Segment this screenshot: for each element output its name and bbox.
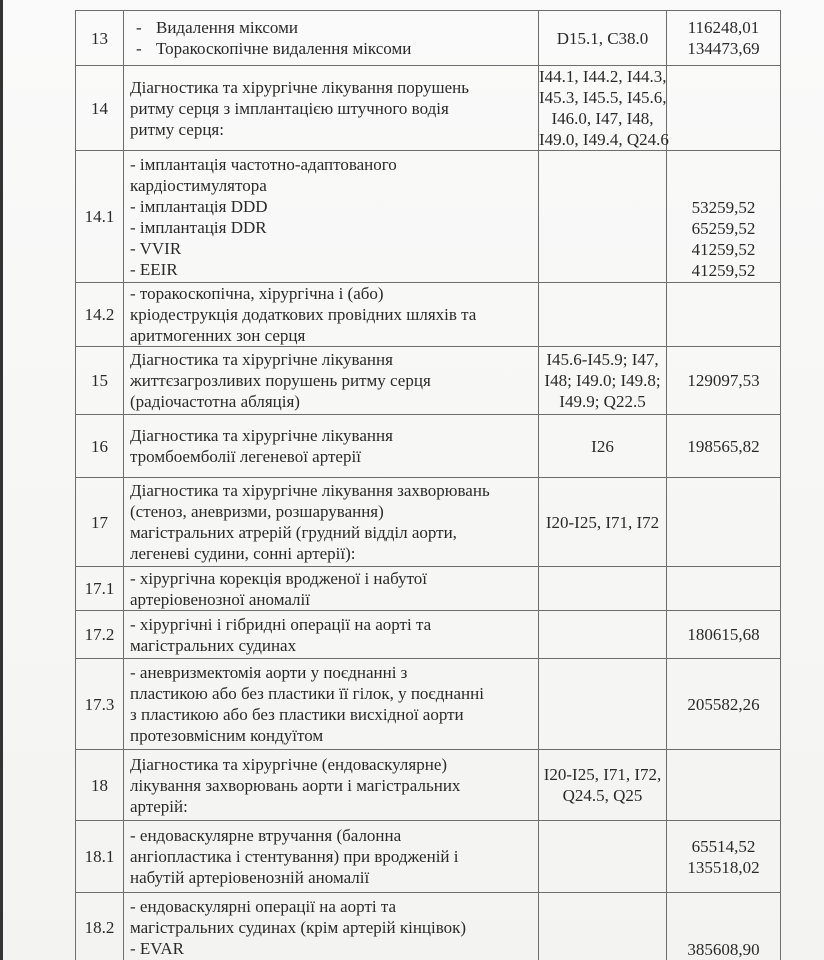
price-value: 41259,52 bbox=[667, 239, 780, 260]
description-line: - імплантація DDR bbox=[130, 217, 536, 238]
row-diagnosis-codes: D15.1, C38.0 bbox=[539, 11, 667, 66]
row-price bbox=[667, 567, 781, 611]
description-line: магістральних атрерій (грудний відділ ао… bbox=[130, 522, 536, 543]
diagnosis-code-line: I46.0, I47, I48, bbox=[539, 108, 666, 129]
table-row: 14.1- імплантація частотно-адаптованогок… bbox=[76, 151, 781, 283]
description-text: Видалення міксоми bbox=[156, 18, 298, 37]
row-number: 14 bbox=[76, 66, 124, 151]
description-line: Діагностика та хірургічне лікування пору… bbox=[130, 77, 536, 98]
description-line: ритму серця з імплантацією штучного воді… bbox=[130, 98, 536, 119]
diagnosis-code-line: I20-I25, I71, I72, bbox=[539, 764, 666, 785]
row-description: Діагностика та хірургічне лікування пору… bbox=[124, 66, 539, 151]
diagnosis-code-line: Q24.5, Q25 bbox=[539, 785, 666, 806]
description-line: - торакоскопічна, хірургічна і (або) bbox=[130, 283, 536, 304]
row-diagnosis-codes bbox=[539, 893, 667, 960]
row-diagnosis-codes bbox=[539, 151, 667, 283]
description-line: Діагностика та хірургічне (ендоваскулярн… bbox=[130, 754, 536, 775]
price-value: 198565,82 bbox=[667, 436, 780, 457]
description-line: магістральних судинах (крім артерій кінц… bbox=[130, 917, 536, 938]
row-number: 18.2 bbox=[76, 893, 124, 960]
row-diagnosis-codes: I44.1, I44.2, I44.3,I45.3, I45.5, I45.6,… bbox=[539, 66, 667, 151]
row-number: 14.2 bbox=[76, 283, 124, 347]
row-number: 18 bbox=[76, 750, 124, 821]
description-line: магістральних судинах bbox=[130, 635, 536, 656]
row-diagnosis-codes bbox=[539, 567, 667, 611]
description-line: лікування захворювань аорти і магістраль… bbox=[130, 775, 536, 796]
price-value: 41259,52 bbox=[667, 260, 780, 281]
row-price bbox=[667, 66, 781, 151]
row-number: 14.1 bbox=[76, 151, 124, 283]
description-line: кріодеструкція додаткових провідних шлях… bbox=[130, 304, 536, 325]
row-diagnosis-codes: I45.6-I45.9; I47,I48; I49.0; I49.8;I49.9… bbox=[539, 347, 667, 415]
dash-bullet-icon: - bbox=[136, 17, 156, 38]
row-description: Діагностика та хірургічне (ендоваскулярн… bbox=[124, 750, 539, 821]
description-line: з пластикою або без пластики висхідної а… bbox=[130, 704, 536, 725]
description-line: (стеноз, аневризми, розшарування) bbox=[130, 501, 536, 522]
description-line: - EEIR bbox=[130, 259, 536, 280]
row-description: -Видалення міксоми-Торакоскопічне видале… bbox=[124, 11, 539, 66]
table-row: 18.1- ендоваскулярне втручання (балоннаа… bbox=[76, 821, 781, 893]
description-line: життєзагрозливих порушень ритму серця bbox=[130, 370, 536, 391]
row-number: 17.1 bbox=[76, 567, 124, 611]
row-number: 17.3 bbox=[76, 659, 124, 750]
price-value: 180615,68 bbox=[667, 624, 780, 645]
description-line: - імплантація частотно-адаптованого bbox=[130, 154, 536, 175]
row-price: 198565,82 bbox=[667, 415, 781, 478]
row-diagnosis-codes: I26 bbox=[539, 415, 667, 478]
description-line: ангіопластика і стентування) при вроджен… bbox=[130, 846, 536, 867]
description-line: Діагностика та хірургічне лікування bbox=[130, 349, 536, 370]
description-line: артеріовенозної аномалії bbox=[130, 589, 536, 610]
tariff-table-body: 13-Видалення міксоми-Торакоскопічне вида… bbox=[76, 11, 781, 960]
row-price: 205582,26 bbox=[667, 659, 781, 750]
price-value: 53259,52 bbox=[667, 197, 780, 218]
table-row: 16Діагностика та хірургічне лікуваннятро… bbox=[76, 415, 781, 478]
description-text: Торакоскопічне видалення міксоми bbox=[156, 39, 411, 58]
table-row: 17Діагностика та хірургічне лікування за… bbox=[76, 478, 781, 567]
row-description: - аневризмектомія аорти у поєднанні зпла… bbox=[124, 659, 539, 750]
price-value: 129097,53 bbox=[667, 370, 780, 391]
diagnosis-code-line: I44.1, I44.2, I44.3, bbox=[539, 66, 666, 87]
description-line: -Видалення міксоми bbox=[130, 17, 536, 38]
dash-bullet-icon: - bbox=[136, 38, 156, 59]
price-value: 205582,26 bbox=[667, 694, 780, 715]
row-price bbox=[667, 750, 781, 821]
document-page: 13-Видалення міксоми-Торакоскопічне вида… bbox=[3, 0, 824, 960]
diagnosis-code-line: I26 bbox=[539, 436, 666, 457]
table-row: 17.1- хірургічна корекція вродженої і на… bbox=[76, 567, 781, 611]
diagnosis-code-line: I45.6-I45.9; I47, bbox=[539, 349, 666, 370]
table-row: 13-Видалення міксоми-Торакоскопічне вида… bbox=[76, 11, 781, 66]
description-line: -Торакоскопічне видалення міксоми bbox=[130, 38, 536, 59]
price-value: 135518,02 bbox=[667, 857, 780, 878]
price-value: 65514,52 bbox=[667, 836, 780, 857]
table-row: 14.2- торакоскопічна, хірургічна і (або)… bbox=[76, 283, 781, 347]
table-row: 15Діагностика та хірургічне лікуванняжит… bbox=[76, 347, 781, 415]
row-diagnosis-codes bbox=[539, 821, 667, 893]
row-number: 18.1 bbox=[76, 821, 124, 893]
row-price: 53259,5265259,5241259,5241259,52 bbox=[667, 151, 781, 283]
row-diagnosis-codes bbox=[539, 283, 667, 347]
row-price: 116248,01134473,69 bbox=[667, 11, 781, 66]
row-number: 13 bbox=[76, 11, 124, 66]
price-value: 385608,90 bbox=[667, 939, 780, 960]
table-row: 14Діагностика та хірургічне лікування по… bbox=[76, 66, 781, 151]
row-diagnosis-codes: I20-I25, I71, I72,Q24.5, Q25 bbox=[539, 750, 667, 821]
price-value: 65259,52 bbox=[667, 218, 780, 239]
row-description: Діагностика та хірургічне лікуванняжиттє… bbox=[124, 347, 539, 415]
description-line: Діагностика та хірургічне лікування захв… bbox=[130, 480, 536, 501]
description-line: тромбоемболії легеневої артерії bbox=[130, 446, 536, 467]
description-line: - хірургічна корекція вродженої і набуто… bbox=[130, 568, 536, 589]
row-number: 16 bbox=[76, 415, 124, 478]
price-value: 116248,01 bbox=[667, 17, 780, 38]
row-number: 15 bbox=[76, 347, 124, 415]
table-row: 17.2- хірургічні і гібридні операції на … bbox=[76, 611, 781, 659]
description-line: протезовмісним кондуїтом bbox=[130, 725, 536, 746]
description-line: (радіочастотна абляція) bbox=[130, 391, 536, 412]
diagnosis-code-line: I49.0, I49.4, Q24.6 bbox=[539, 129, 666, 150]
description-line: - VVIR bbox=[130, 238, 536, 259]
row-description: - торакоскопічна, хірургічна і (або)кріо… bbox=[124, 283, 539, 347]
row-price: 385608,90 bbox=[667, 893, 781, 960]
description-line: - імплантація DDD bbox=[130, 196, 536, 217]
row-price bbox=[667, 478, 781, 567]
row-description: - імплантація частотно-адаптованогокарді… bbox=[124, 151, 539, 283]
description-line: артерій: bbox=[130, 796, 536, 817]
description-line: кардіостимулятора bbox=[130, 175, 536, 196]
diagnosis-code-line: D15.1, C38.0 bbox=[539, 28, 666, 49]
tariff-table: 13-Видалення міксоми-Торакоскопічне вида… bbox=[75, 10, 781, 960]
table-row: 17.3- аневризмектомія аорти у поєднанні … bbox=[76, 659, 781, 750]
row-description: - хірургічна корекція вродженої і набуто… bbox=[124, 567, 539, 611]
row-price: 65514,52135518,02 bbox=[667, 821, 781, 893]
diagnosis-code-line: I45.3, I45.5, I45.6, bbox=[539, 87, 666, 108]
description-line: - хірургічні і гібридні операції на аорт… bbox=[130, 614, 536, 635]
description-line: аритмогенних зон серця bbox=[130, 325, 536, 346]
row-number: 17.2 bbox=[76, 611, 124, 659]
description-line: - ендоваскулярні операції на аорті та bbox=[130, 896, 536, 917]
row-diagnosis-codes bbox=[539, 659, 667, 750]
description-line: ритму серця: bbox=[130, 119, 536, 140]
table-row: 18Діагностика та хірургічне (ендоваскуля… bbox=[76, 750, 781, 821]
diagnosis-code-line: I49.9; Q22.5 bbox=[539, 391, 666, 412]
row-description: - ендоваскулярні операції на аорті тамаг… bbox=[124, 893, 539, 960]
row-price: 180615,68 bbox=[667, 611, 781, 659]
description-line: легеневі судини, сонні артерії): bbox=[130, 543, 536, 564]
description-line: пластикою або без пластики її гілок, у п… bbox=[130, 683, 536, 704]
row-price bbox=[667, 283, 781, 347]
description-line: - EVAR bbox=[130, 938, 536, 959]
row-description: Діагностика та хірургічне лікуваннятромб… bbox=[124, 415, 539, 478]
row-description: - хірургічні і гібридні операції на аорт… bbox=[124, 611, 539, 659]
row-diagnosis-codes bbox=[539, 611, 667, 659]
row-price: 129097,53 bbox=[667, 347, 781, 415]
description-line: - ендоваскулярне втручання (балонна bbox=[130, 825, 536, 846]
description-line: Діагностика та хірургічне лікування bbox=[130, 425, 536, 446]
table-row: 18.2- ендоваскулярні операції на аорті т… bbox=[76, 893, 781, 960]
price-value: 134473,69 bbox=[667, 38, 780, 59]
row-description: Діагностика та хірургічне лікування захв… bbox=[124, 478, 539, 567]
description-line: - аневризмектомія аорти у поєднанні з bbox=[130, 662, 536, 683]
diagnosis-code-line: I20-I25, I71, I72 bbox=[539, 512, 666, 533]
row-diagnosis-codes: I20-I25, I71, I72 bbox=[539, 478, 667, 567]
row-description: - ендоваскулярне втручання (балоннаангіо… bbox=[124, 821, 539, 893]
row-number: 17 bbox=[76, 478, 124, 567]
diagnosis-code-line: I48; I49.0; I49.8; bbox=[539, 370, 666, 391]
description-line: набутій артеріовенозній аномалії bbox=[130, 867, 536, 888]
